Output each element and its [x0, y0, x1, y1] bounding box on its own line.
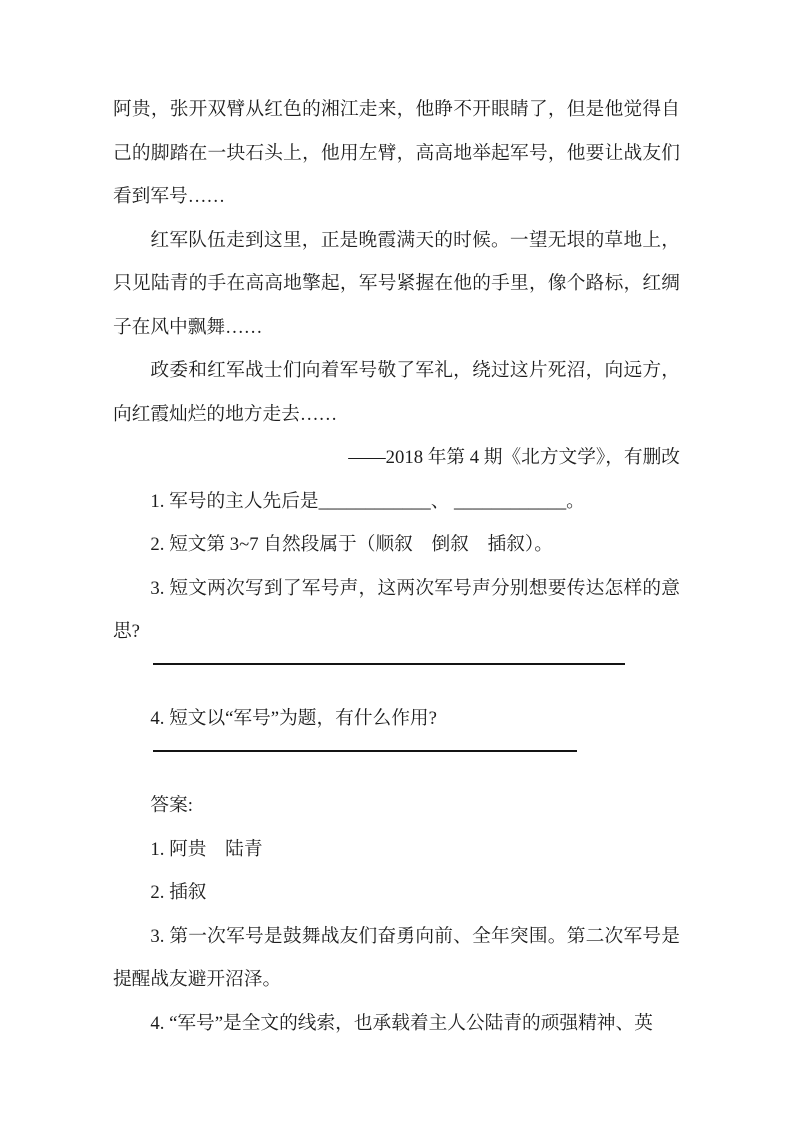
answer-3: 3. 第一次军号是鼓舞战友们奋勇向前、全年突围。第二次军号是提醒战友避开沼泽。: [113, 915, 680, 1002]
question-3: 3. 短文两次写到了军号声，这两次军号声分别想要传达怎样的意思?: [113, 567, 680, 654]
story-paragraph-2: 红军队伍走到这里，正是晚霞满天的时候。一望无垠的草地上，只见陆青的手在高高地擎起…: [113, 219, 680, 350]
answers-heading: 答案:: [113, 784, 680, 828]
page-content: 阿贵，张开双臂从红色的湘江走来，他睁不开眼睛了，但是他觉得自己的脚踏在一块石头上…: [113, 88, 680, 1045]
story-paragraph-3: 政委和红军战士们向着军号敬了军礼，绕过这片死沼，向远方，向红霞灿烂的地方走去……: [113, 349, 680, 436]
worksheet-page: 阿贵，张开双臂从红色的湘江走来，他睁不开眼睛了，但是他觉得自己的脚踏在一块石头上…: [0, 0, 793, 1122]
answer-blank-row-1: [113, 654, 680, 698]
question-2: 2. 短文第 3~7 自然段属于（顺叙 倒叙 插叙）。: [113, 523, 680, 567]
question-4: 4. 短文以“军号”为题，有什么作用?: [113, 697, 680, 741]
answer-1: 1. 阿贵 陆青: [113, 828, 680, 872]
answer-2: 2. 插叙: [113, 871, 680, 915]
answer-blank-line: [153, 663, 625, 665]
source-attribution: ——2018 年第 4 期《北方文学》，有删改: [113, 436, 680, 480]
answer-blank-row-2: [113, 741, 680, 785]
answer-4: 4. “军号”是全文的线索，也承载着主人公陆青的顽强精神、英: [113, 1002, 680, 1046]
question-1: 1. 军号的主人先后是____________、 ____________。: [113, 480, 680, 524]
answer-blank-line: [153, 750, 577, 752]
story-paragraph-1: 阿贵，张开双臂从红色的湘江走来，他睁不开眼睛了，但是他觉得自己的脚踏在一块石头上…: [113, 88, 680, 219]
